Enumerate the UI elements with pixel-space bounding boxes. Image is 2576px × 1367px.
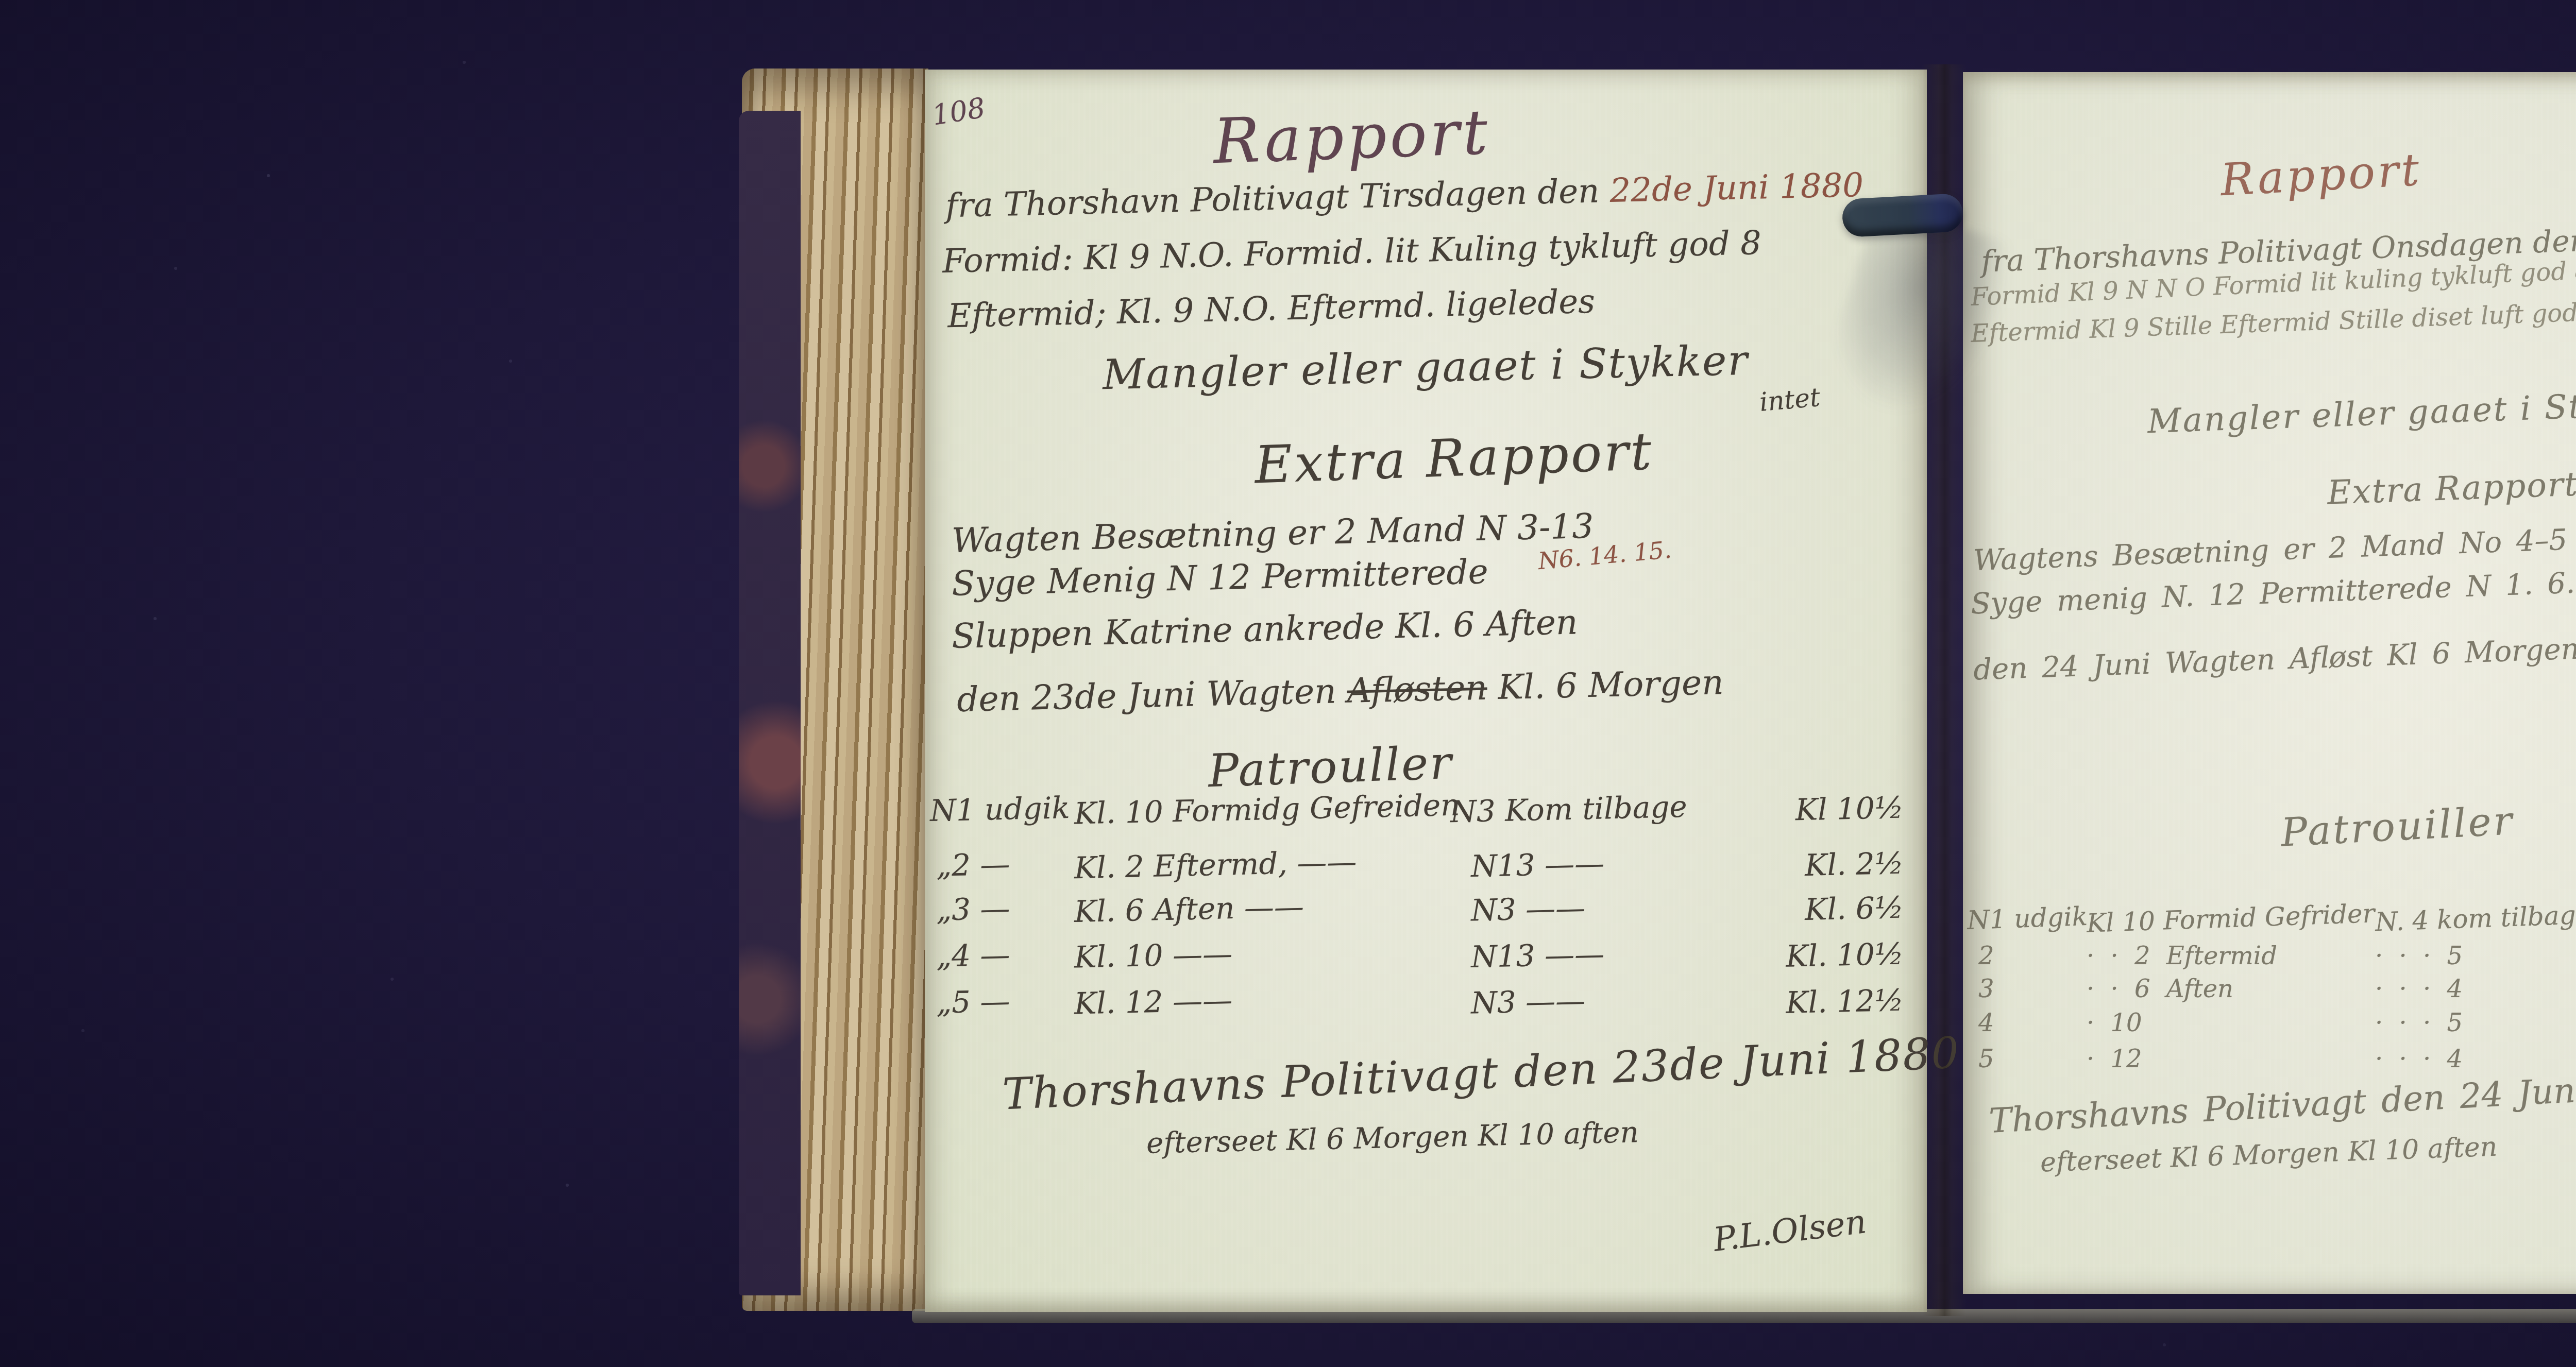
- patrol-col-post: N3 ——: [1470, 890, 1586, 928]
- patrol-col-out: Kl 10 Formid Gefrider: [2086, 898, 2375, 938]
- page-left-108: 108 Rapport fra Thorshavn Politivagt Tir…: [925, 70, 1927, 1312]
- scanned-ledger-photo: 108 Rapport fra Thorshavn Politivagt Tir…: [0, 0, 2576, 1367]
- patrol-row: „5 — Kl. 12 —— N3 —— Kl. 12½: [925, 984, 1927, 1031]
- patrol-col-return: Kl. 12½: [1749, 983, 1904, 1021]
- patrols-heading-right: Patrouiller: [2280, 797, 2515, 856]
- patrol-row: N1 udgik Kl. 10 Formidg Gefreiden N3 Kom…: [925, 792, 1927, 838]
- patrol-col-post: · · · 4: [2375, 975, 2463, 1003]
- page-number-left: 108: [930, 91, 988, 131]
- sick-list-line-left: Syge Menig N 12 Permitterede: [951, 552, 1488, 604]
- patrol-col-out: Kl. 10 ——: [1074, 936, 1232, 975]
- patrol-col-out: · 10: [2087, 1009, 2142, 1037]
- watch-relief-post: Kl. 6 Morgen: [1487, 662, 1724, 707]
- report-title-left: Rapport: [1212, 97, 1492, 178]
- patrol-col-out: Kl. 12 ——: [1074, 983, 1232, 1021]
- closing-line-left: Thorshavns Politivagt den 23de Juni 1880: [1002, 1027, 1961, 1119]
- watch-relief-line-right: den 24 Juni Wagten Afløst Kl 6 Morgen: [1973, 632, 2576, 687]
- patrol-col-post: · · · 4: [2375, 1045, 2463, 1073]
- patrol-col-return: Kl. 10½: [1749, 936, 1904, 975]
- patrol-col-return: Kl. 2½: [1749, 846, 1904, 884]
- extra-report-heading-right: Extra Rapport: [2327, 466, 2576, 512]
- marbled-cover-edge: [739, 111, 801, 1295]
- patrol-col-return: Kl 10½: [1749, 790, 1904, 829]
- report-date-left: 22de Juni 1880: [1609, 166, 1864, 210]
- ledger-book: 108 Rapport fra Thorshavn Politivagt Tir…: [742, 49, 2576, 1326]
- patrol-col-post: N. 4 kom tilbage: [2375, 900, 2576, 937]
- patrol-col-out: Kl. 6 Aften ——: [1074, 889, 1304, 929]
- report-title-right: Rapport: [2219, 144, 2423, 206]
- sloop-line-left: Sluppen Katrine ankrede Kl. 6 Aften: [951, 602, 1578, 656]
- closing-sub-right: efterseet Kl 6 Morgen Kl 10 aften: [2040, 1132, 2498, 1178]
- patrol-col-number: N1 udgik: [929, 790, 1070, 828]
- patrol-col-post: N3 ——: [1470, 983, 1586, 1020]
- patrol-col-out: · · 6 Aften: [2087, 975, 2233, 1003]
- patrol-col-number: 5: [1978, 1045, 1994, 1073]
- patrol-col-post: N3 Kom tilbage: [1450, 789, 1687, 829]
- patrol-col-post: N13 ——: [1470, 846, 1604, 884]
- closing-sub-left: efterseet Kl 6 Morgen Kl 10 aften: [1146, 1116, 1639, 1160]
- background-dust: [0, 0, 1, 1]
- patrol-col-number: N1 udgik: [1967, 901, 2088, 935]
- patrol-row: „4 — Kl. 10 —— N13 —— Kl. 10½: [925, 938, 1927, 984]
- weather-evening-left: Eftermid; Kl. 9 N.O. Eftermd. ligeledes: [947, 283, 1595, 336]
- page-right-109: 109. Rapport fra Thorshavns Politivagt O…: [1963, 72, 2576, 1294]
- watch-crew-line-left: Wagten Besætning er 2 Mand N 3-13: [951, 506, 1594, 560]
- patrol-col-post: · · · 5: [2375, 1009, 2463, 1037]
- patrol-col-number: 4: [1978, 1009, 1994, 1037]
- extra-report-heading-left: Extra Rapport: [1253, 421, 1654, 495]
- weather-morning-left: Formid: Kl 9 N.O. Formid. lit Kuling tyk…: [942, 224, 1761, 281]
- patrol-row: „3 — Kl. 6 Aften —— N3 —— Kl. 6½: [925, 892, 1927, 938]
- watch-relief-line-left: den 23de Juni Wagten Afløsten Kl. 6 Morg…: [956, 662, 1724, 720]
- patrol-col-number: „4 —: [936, 937, 1010, 973]
- sick-list-line-right: Syge menig N. 12 Permitterede N 1. 6.: [1970, 567, 2575, 621]
- report-subtitle-left-text: fra Thorshavn Politivagt Tirsdagen den: [945, 172, 1610, 225]
- patrol-col-out: · · 2 Eftermid: [2087, 942, 2277, 970]
- watch-relief-pre: den 23de Juni Wagten: [956, 671, 1347, 720]
- patrol-col-number: 3: [1978, 975, 1994, 1003]
- patrol-col-number: 2: [1978, 942, 1994, 970]
- watch-relief-struck-word: Afløsten: [1347, 668, 1488, 711]
- signature-left: P.L.Olsen: [1711, 1203, 1869, 1259]
- patrol-col-out: · 12: [2087, 1045, 2142, 1073]
- patrol-col-number: „3 —: [936, 891, 1010, 927]
- patrol-row: „2 — Kl. 2 Eftermd, —— N13 —— Kl. 2½: [925, 847, 1927, 894]
- patrol-col-out: Kl. 2 Eftermd, ——: [1074, 844, 1357, 885]
- patrol-col-out: Kl. 10 Formidg Gefreiden: [1074, 788, 1460, 831]
- patrol-col-number: „2 —: [936, 846, 1010, 883]
- damages-heading-right: Mangler eller gaaet i Stykker: [2147, 384, 2576, 441]
- patrol-col-post: N13 ——: [1470, 936, 1604, 975]
- patrol-col-post: · · · 5: [2375, 942, 2463, 970]
- damages-value-left: intet: [1758, 382, 1822, 417]
- patrol-col-number: „5 —: [936, 983, 1010, 1020]
- patrol-col-return: Kl. 6½: [1749, 890, 1904, 929]
- bookmark-ribbon: [1841, 193, 1964, 237]
- report-subtitle-left: fra Thorshavn Politivagt Tirsdagen den 2…: [945, 166, 1863, 225]
- damages-heading-left: Mangler eller gaaet i Stykker: [1102, 336, 1749, 399]
